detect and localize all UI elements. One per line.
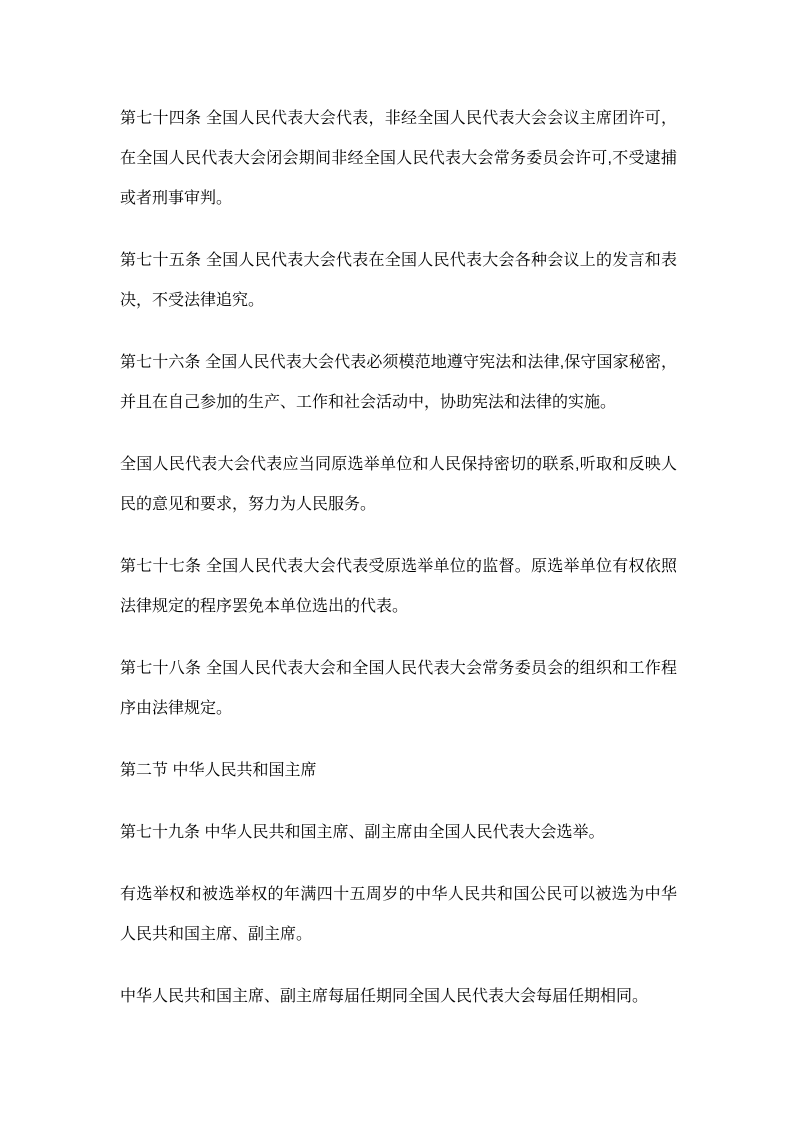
text-line: 并且在自己参加的生产、工作和社会活动中，协助宪法和法律的实施。 (120, 383, 677, 423)
paragraph-president-term: 中华人民共和国主席、副主席每届任期同全国人民代表大会每届任期相同。 (120, 977, 677, 1017)
text-line: 第二节 中华人民共和国主席 (120, 751, 677, 791)
text-line: 或者刑事审判。 (120, 179, 677, 219)
text-line: 决，不受法律追究。 (120, 281, 677, 321)
paragraph-deputies-ties: 全国人民代表大会代表应当同原选举单位和人民保持密切的联系,听取和反映人民的意见和… (120, 445, 677, 525)
text-line: 第七十四条 全国人民代表大会代表，非经全国人民代表大会会议主席团许可， (120, 99, 677, 139)
document-page: 第七十四条 全国人民代表大会代表，非经全国人民代表大会会议主席团许可，在全国人民… (0, 0, 793, 1122)
text-line: 第七十五条 全国人民代表大会代表在全国人民代表大会各种会议上的发言和表 (120, 241, 677, 281)
text-line: 第七十六条 全国人民代表大会代表必须模范地遵守宪法和法律,保守国家秘密， (120, 343, 677, 383)
document-body: 第七十四条 全国人民代表大会代表，非经全国人民代表大会会议主席团许可，在全国人民… (120, 99, 677, 1039)
text-line: 第七十九条 中华人民共和国主席、副主席由全国人民代表大会选举。 (120, 813, 677, 853)
text-line: 中华人民共和国主席、副主席每届任期同全国人民代表大会每届任期相同。 (120, 977, 677, 1017)
text-line: 第七十八条 全国人民代表大会和全国人民代表大会常务委员会的组织和工作程 (120, 649, 677, 689)
text-line: 人民共和国主席、副主席。 (120, 915, 677, 955)
paragraph-president-eligibility: 有选举权和被选举权的年满四十五周岁的中华人民共和国公民可以被选为中华人民共和国主… (120, 875, 677, 955)
text-line: 有选举权和被选举权的年满四十五周岁的中华人民共和国公民可以被选为中华 (120, 875, 677, 915)
article-79: 第七十九条 中华人民共和国主席、副主席由全国人民代表大会选举。 (120, 813, 677, 853)
text-line: 全国人民代表大会代表应当同原选举单位和人民保持密切的联系,听取和反映人 (120, 445, 677, 485)
text-line: 序由法律规定。 (120, 689, 677, 729)
article-75: 第七十五条 全国人民代表大会代表在全国人民代表大会各种会议上的发言和表决，不受法… (120, 241, 677, 321)
article-74: 第七十四条 全国人民代表大会代表，非经全国人民代表大会会议主席团许可，在全国人民… (120, 99, 677, 219)
article-76: 第七十六条 全国人民代表大会代表必须模范地遵守宪法和法律,保守国家秘密，并且在自… (120, 343, 677, 423)
section-2-heading: 第二节 中华人民共和国主席 (120, 751, 677, 791)
article-77: 第七十七条 全国人民代表大会代表受原选举单位的监督。原选举单位有权依照法律规定的… (120, 547, 677, 627)
text-line: 在全国人民代表大会闭会期间非经全国人民代表大会常务委员会许可,不受逮捕 (120, 139, 677, 179)
article-78: 第七十八条 全国人民代表大会和全国人民代表大会常务委员会的组织和工作程序由法律规… (120, 649, 677, 729)
text-line: 民的意见和要求，努力为人民服务。 (120, 485, 677, 525)
text-line: 第七十七条 全国人民代表大会代表受原选举单位的监督。原选举单位有权依照 (120, 547, 677, 587)
text-line: 法律规定的程序罢免本单位选出的代表。 (120, 587, 677, 627)
